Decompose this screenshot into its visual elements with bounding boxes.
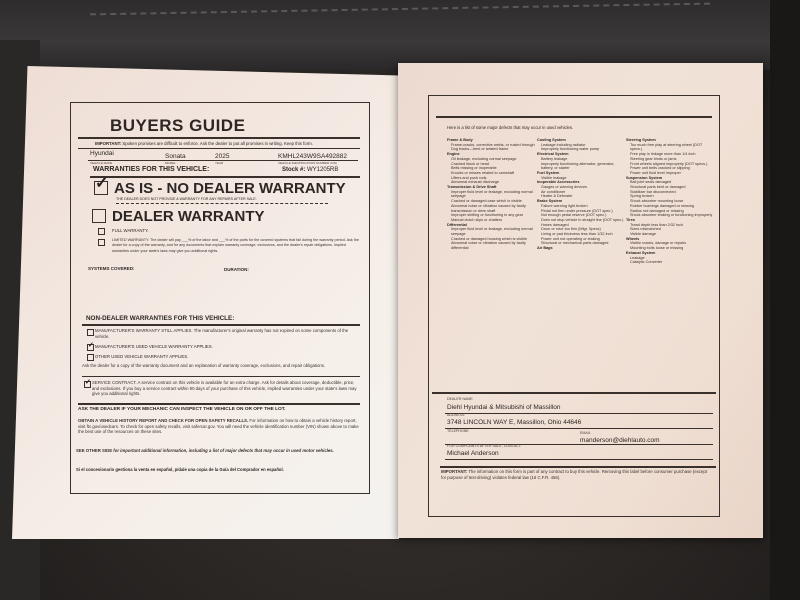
divider	[436, 116, 712, 118]
used-vehicle-warranty-checkbox[interactable]: ✓	[87, 344, 94, 351]
important-notice: IMPORTANT: Spoken promises are difficult…	[95, 141, 313, 146]
see-other-side-body: for important additional information, in…	[113, 448, 334, 453]
divider	[82, 376, 360, 377]
vehicle-make: Hyundai	[90, 150, 114, 157]
divider	[432, 392, 716, 394]
divider	[90, 176, 360, 178]
duration-label: DURATION:	[224, 267, 249, 272]
stock-label: Stock #:	[282, 167, 305, 173]
service-contract-checkbox[interactable]: ✓	[84, 381, 91, 388]
dealer-email: manderson@diehlauto.com	[580, 437, 660, 444]
dealer-name: Diehl Hyundai & Mitsubishi of Massillon	[447, 404, 560, 411]
other-warranty-text: OTHER USED VEHICLE WARRANTY APPLIES.	[95, 354, 188, 359]
vehicle-model: Sonata	[165, 153, 186, 160]
used-vehicle-warranty-text: MANUFACTURER'S USED VEHICLE WARRANTY APP…	[95, 344, 213, 349]
manufacturer-warranty-text: MANUFACTURER'S WARRANTY STILL APPLIES. T…	[95, 328, 357, 339]
service-contract-text: SERVICE CONTRACT. A service contract on …	[92, 380, 360, 397]
stock-number: Stock #: WY1205RB	[282, 167, 338, 173]
systems-covered-label: SYSTEMS COVERED:	[88, 266, 135, 271]
as-is-subtext: THE DEALER DOES NOT PROVIDE A WARRANTY F…	[116, 197, 257, 201]
divider	[82, 324, 360, 326]
divider	[78, 137, 360, 139]
see-other-side-heading: SEE OTHER SIDE	[76, 448, 112, 453]
as-is-label: AS IS - NO DEALER WARRANTY	[114, 180, 346, 197]
defects-column-2: Cooling SystemLeakage including radiator…	[537, 138, 625, 251]
defects-intro: Here is a list of some major defects tha…	[447, 125, 573, 130]
make-label: VEHICLE MAKE	[90, 161, 112, 165]
page-title: BUYERS GUIDE	[110, 116, 245, 136]
defect-item: Improperly functioning alternator, gener…	[537, 162, 625, 171]
important-footer: IMPORTANT: The information on this form …	[441, 469, 713, 480]
dealer-warranty-label: DEALER WARRANTY	[112, 208, 265, 225]
vin-label: VEHICLE IDENTIFICATION NUMBER (VIN)	[278, 161, 337, 165]
see-other-side-text: SEE OTHER SIDE for important additional …	[76, 448, 360, 454]
vehicle-year: 2025	[215, 153, 229, 160]
as-is-checkbox[interactable]: ✓	[94, 181, 108, 195]
address-label: ADDRESS	[447, 413, 464, 417]
important-label: IMPORTANT:	[95, 141, 121, 146]
divider	[78, 403, 360, 405]
defect-item: Does not stop vehicle in straight line (…	[537, 218, 625, 223]
seat-stitching	[90, 3, 710, 16]
manufacturer-warranty-checkbox[interactable]	[87, 329, 94, 336]
defect-category-heading: Air Bags	[537, 246, 625, 251]
history-report-text: OBTAIN A VEHICLE HISTORY REPORT AND CHEC…	[78, 418, 360, 435]
limited-warranty-checkbox[interactable]	[98, 239, 105, 246]
defect-item: Too much free play at steering wheel (DO…	[626, 143, 714, 152]
full-warranty-label: FULL WARRANTY.	[112, 228, 149, 233]
year-label: YEAR	[215, 161, 223, 165]
stock-value: WY1205RB	[307, 167, 338, 173]
car-seat-backrest	[0, 0, 800, 70]
spanish-notice: Si el concesionario gestiona la venta en…	[76, 467, 284, 472]
divider	[445, 413, 713, 414]
defect-item: Abnormal noise or vibration caused by fa…	[447, 241, 535, 250]
dealer-address: 3748 LINCOLN WAY E, Massillon, Ohio 4464…	[447, 419, 581, 426]
checkmark-icon: ✓	[88, 342, 94, 349]
defect-item: Catalytic Converter	[626, 260, 714, 265]
ask-copy-text: Ask the dealer for a copy of the warrant…	[82, 363, 357, 369]
model-label: MODEL	[165, 161, 176, 165]
checkmark-icon: ✓	[85, 379, 91, 386]
history-report-heading: OBTAIN A VEHICLE HISTORY REPORT AND CHEC…	[78, 418, 248, 423]
important-text: Spoken promises are difficult to enforce…	[122, 141, 313, 146]
telephone-label: TELEPHONE	[447, 429, 469, 433]
defect-item: Shock absorber leaking or functioning im…	[626, 213, 714, 218]
dealer-warranty-checkbox[interactable]	[92, 209, 106, 223]
complaints-contact: Michael Anderson	[447, 450, 499, 457]
defect-item: Improper fluid level or leakage, excludi…	[447, 190, 535, 199]
checkmark-icon: ✓	[95, 176, 108, 192]
divider	[440, 466, 716, 468]
warranties-heading: WARRANTIES FOR THIS VEHICLE:	[93, 166, 209, 173]
mechanic-inspect-text: ASK THE DEALER IF YOUR MECHANIC CAN INSP…	[78, 407, 286, 412]
defect-item: Improper fluid level or leakage, excludi…	[447, 227, 535, 236]
divider	[445, 428, 713, 429]
limited-warranty-text: LIMITED WARRANTY. The dealer will pay __…	[112, 238, 360, 254]
non-dealer-heading: NON-DEALER WARRANTIES FOR THIS VEHICLE:	[86, 315, 234, 322]
defects-column-1: Frame & BodyFrame-cracks, corrective wel…	[447, 138, 535, 251]
dashed-divider	[116, 203, 328, 204]
defects-column-3: Steering SystemToo much free play at ste…	[626, 138, 714, 265]
important-footer-text: The information on this form is part of …	[441, 469, 707, 480]
divider	[78, 148, 360, 149]
full-warranty-checkbox[interactable]	[98, 228, 105, 235]
divider	[445, 459, 713, 460]
dealer-name-label: DEALER NAME	[447, 397, 473, 401]
other-warranty-checkbox[interactable]	[87, 354, 94, 361]
vehicle-vin: KMHL243W9SA492882	[278, 153, 347, 160]
complaints-label: FOR COMPLAINTS AFTER SALE, CONTACT:	[447, 444, 521, 448]
defect-item: Abnormal noise or vibration caused by fa…	[447, 204, 535, 213]
email-label: EMAIL	[580, 431, 591, 435]
important-footer-label: IMPORTANT:	[441, 469, 467, 474]
car-seat-edge	[770, 0, 800, 600]
